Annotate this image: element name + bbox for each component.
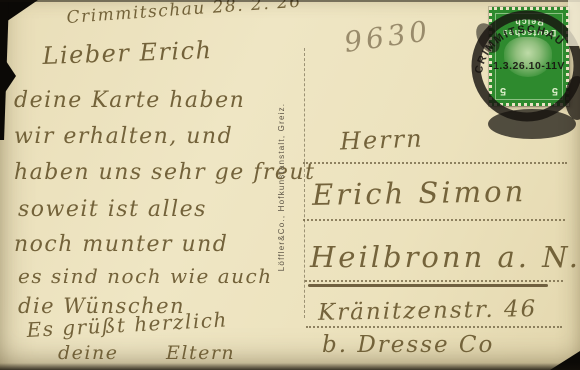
publisher-imprint: Löffler&Co., Hofkunstanstalt, Greiz.	[277, 81, 291, 293]
message-line: wir erhalten, und	[14, 124, 233, 149]
address-extra-line: b. Dresse Co	[322, 332, 494, 358]
stamp-design: 5 5 Deutsches Reich	[495, 13, 563, 100]
message-signature: deine Eltern	[58, 342, 235, 364]
postmark-smudge	[488, 109, 576, 139]
address-dotted-line	[303, 219, 565, 221]
address-dotted-line	[305, 280, 563, 282]
stamp-value: 5	[500, 85, 506, 97]
message-line: es sind noch wie auch	[18, 264, 273, 288]
address-salutation: Herrn	[340, 125, 424, 156]
message-greeting: Lieber Erich	[42, 36, 213, 70]
postage-stamp: 5 5 Deutsches Reich	[489, 7, 569, 106]
scan-edge-shadow	[0, 363, 580, 370]
message-line: noch munter und	[14, 232, 228, 257]
address-name: Erich Simon	[312, 174, 527, 212]
torn-paper-edge	[568, 0, 580, 46]
message-date-line: Crimmitschau 28. 2. 26	[66, 0, 302, 28]
divider-line	[304, 48, 305, 318]
scan-edge-shadow	[0, 0, 580, 2]
address-street: Kränitzenstr. 46	[318, 296, 538, 326]
message-line: haben uns sehr ge freut	[14, 160, 315, 185]
message-line: deine Karte haben	[14, 88, 245, 113]
message-line: soweit ist alles	[18, 197, 207, 222]
address-dotted-line	[303, 162, 567, 164]
stamp-country-text: Reich	[496, 17, 562, 27]
address-dotted-line	[306, 326, 562, 328]
city-underline-stroke	[308, 284, 548, 287]
stamp-value: 5	[552, 85, 558, 97]
address-city: Heilbronn a. N.	[310, 240, 580, 274]
stamp-country-text: Deutsches	[496, 28, 562, 38]
catalog-number: 9630	[342, 14, 433, 59]
postcard-paper: Crimmitschau 28. 2. 26 Lieber Erich dein…	[0, 0, 580, 370]
eagle-emblem-icon	[504, 37, 552, 77]
